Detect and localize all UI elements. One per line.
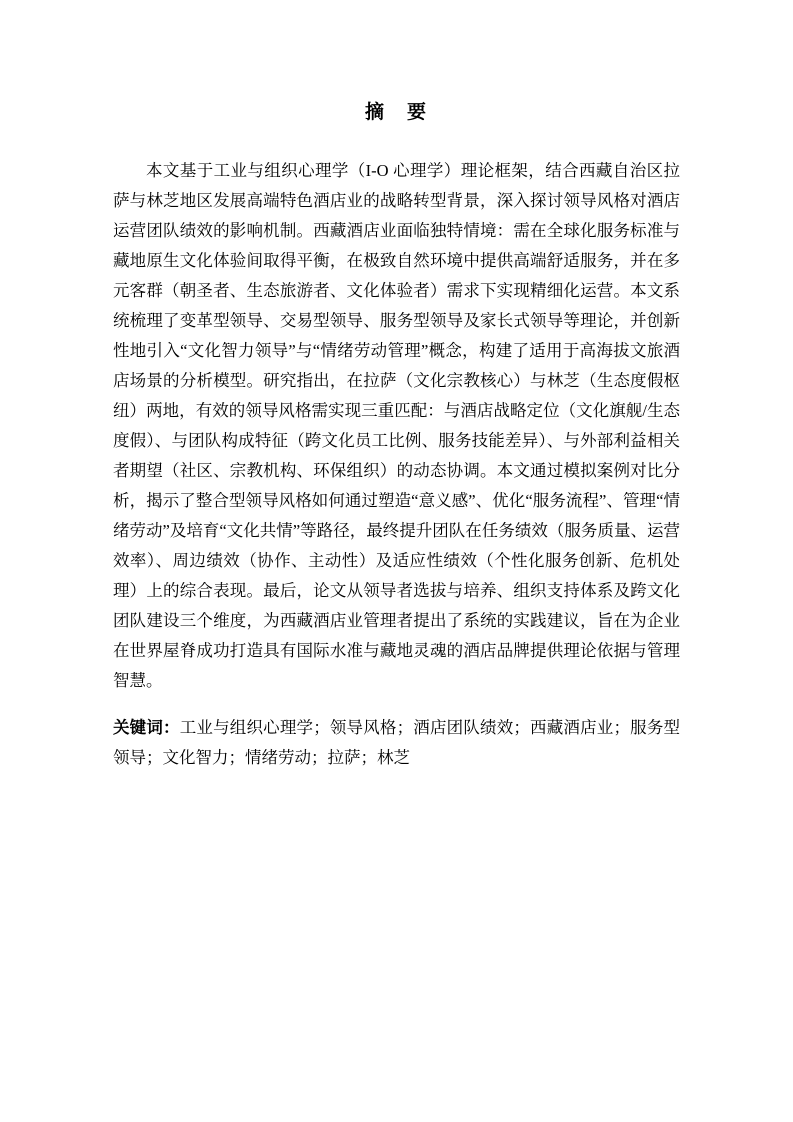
page-title: 摘 要 bbox=[113, 100, 680, 126]
document-page: 摘 要 本文基于工业与组织心理学（I-O 心理学）理论框架，结合西藏自治区拉萨与… bbox=[0, 0, 793, 1122]
keywords-paragraph: 关键词：工业与组织心理学；领导风格；酒店团队绩效；西藏酒店业；服务型领导；文化智… bbox=[113, 713, 680, 773]
keywords-label: 关键词： bbox=[113, 718, 180, 737]
abstract-paragraph: 本文基于工业与组织心理学（I-O 心理学）理论框架，结合西藏自治区拉萨与林芝地区… bbox=[113, 156, 680, 696]
keywords-text: 工业与组织心理学；领导风格；酒店团队绩效；西藏酒店业；服务型领导；文化智力；情绪… bbox=[113, 718, 680, 767]
